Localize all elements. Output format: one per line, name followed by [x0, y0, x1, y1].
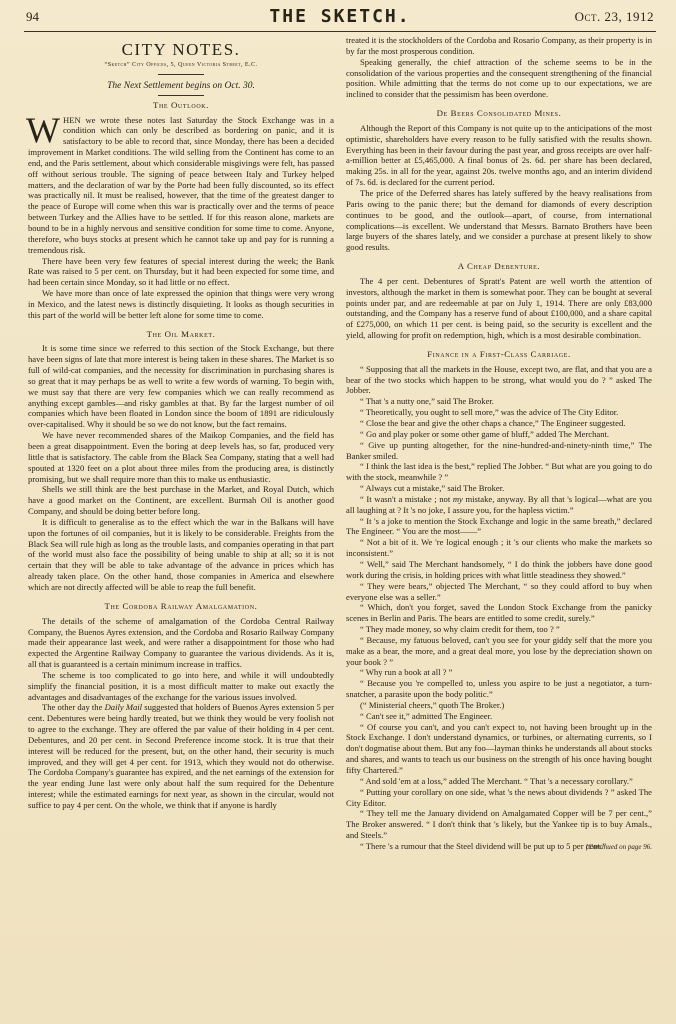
paragraph: “ Go and play poker or some other game o…: [346, 429, 652, 440]
divider: [158, 95, 204, 96]
paragraph: “ Of course you can't, and you can't exp…: [346, 722, 652, 776]
paragraph: “ Putting your corollary on one side, wh…: [346, 787, 652, 809]
section-heading-de-beers: De Beers Consolidated Mines.: [346, 108, 652, 119]
section-heading-cordoba: The Cordoba Railway Amalgamation.: [28, 601, 334, 612]
paragraph: “ They made money, so why claim credit f…: [346, 624, 652, 635]
paragraph: (“ Ministerial cheers,” quoth The Broker…: [346, 700, 652, 711]
paragraph: “ Because you 're compelled to, unless y…: [346, 678, 652, 700]
paragraph: It is some time since we referred to thi…: [28, 343, 334, 430]
paragraph: The details of the scheme of amalgamatio…: [28, 616, 334, 670]
paragraph: treated it is the stockholders of the Co…: [346, 35, 652, 57]
page-header: 94 THE SKETCH. Oct. 23, 1912: [26, 6, 654, 32]
paragraph: “ They were bears,” objected The Merchan…: [346, 581, 652, 603]
paragraph: “ Why run a book at all ? ”: [346, 667, 652, 678]
paragraph: Speaking generally, the chief attraction…: [346, 57, 652, 100]
divider: [158, 74, 204, 75]
paragraph: Shells we still think are the best purch…: [28, 484, 334, 517]
drop-cap: W: [26, 116, 60, 144]
paragraph: There have been very few features of spe…: [28, 256, 334, 289]
paragraph: “ Can't see it,” admitted The Engineer.: [346, 711, 652, 722]
issue-date: Oct. 23, 1912: [575, 9, 654, 25]
header-rule: [24, 31, 656, 32]
paragraph: WHEN we wrote these notes last Saturday …: [28, 115, 334, 256]
paragraph: “ Close the bear and give the other chap…: [346, 418, 652, 429]
paragraph: The scheme is too complicated to go into…: [28, 670, 334, 703]
paragraph: The other day the Daily Mail suggested t…: [28, 702, 334, 810]
section-heading-outlook: The Outlook.: [28, 100, 334, 111]
newspaper-page: 94 THE SKETCH. Oct. 23, 1912 CITY NOTES.…: [0, 0, 676, 1024]
paragraph: “ I think the last idea is the best,” re…: [346, 461, 652, 483]
paragraph: “ It wasn't a mistake ; not my mistake, …: [346, 494, 652, 516]
paragraph: It is difficult to generalise as to the …: [28, 517, 334, 593]
paragraph: Although the Report of this Company is n…: [346, 123, 652, 188]
paragraph: “ Which, don't you forget, saved the Lon…: [346, 602, 652, 624]
paragraph: “ Well,” said The Merchant handsomely, “…: [346, 559, 652, 581]
section-heading-cheap-debenture: A Cheap Debenture.: [346, 261, 652, 272]
paragraph: “ That 's a nutty one,” said The Broker.: [346, 396, 652, 407]
paragraph: “ It 's a joke to mention the Stock Exch…: [346, 516, 652, 538]
publication-masthead: THE SKETCH.: [26, 6, 654, 27]
paragraph: The price of the Deferred shares has lat…: [346, 188, 652, 253]
article-title: CITY NOTES.: [28, 41, 334, 59]
paragraph: “ They tell me the January dividend on A…: [346, 808, 652, 841]
right-column: treated it is the stockholders of the Co…: [346, 35, 652, 853]
settlement-notice: The Next Settlement begins on Oct. 30.: [28, 81, 334, 92]
newspaper-name: Daily Mail: [105, 702, 142, 712]
paragraph: “ Because, my fatuous beloved, can't you…: [346, 635, 652, 668]
paragraph: “ Always cut a mistake,” said The Broker…: [346, 483, 652, 494]
paragraph: “ And sold 'em at a loss,” added The Mer…: [346, 776, 652, 787]
paragraph: We have more than once of late expressed…: [28, 288, 334, 321]
section-heading-carriage: Finance in a First-Class Carriage.: [346, 349, 652, 360]
paragraph: The 4 per cent. Debentures of Spratt's P…: [346, 276, 652, 341]
paragraph: “ Not a bit of it. We 're logical enough…: [346, 537, 652, 559]
paragraph: “ Supposing that all the markets in the …: [346, 364, 652, 397]
section-heading-oil-market: The Oil Market.: [28, 329, 334, 340]
paragraph: “ Give up punting altogether, for the ni…: [346, 440, 652, 462]
article-address: “Sketch” City Offices, 5, Queen Victoria…: [28, 60, 334, 71]
paragraph: We have never recommended shares of the …: [28, 430, 334, 484]
left-column: CITY NOTES. “Sketch” City Offices, 5, Qu…: [28, 35, 334, 811]
paragraph: “ Theoretically, you ought to sell more,…: [346, 407, 652, 418]
